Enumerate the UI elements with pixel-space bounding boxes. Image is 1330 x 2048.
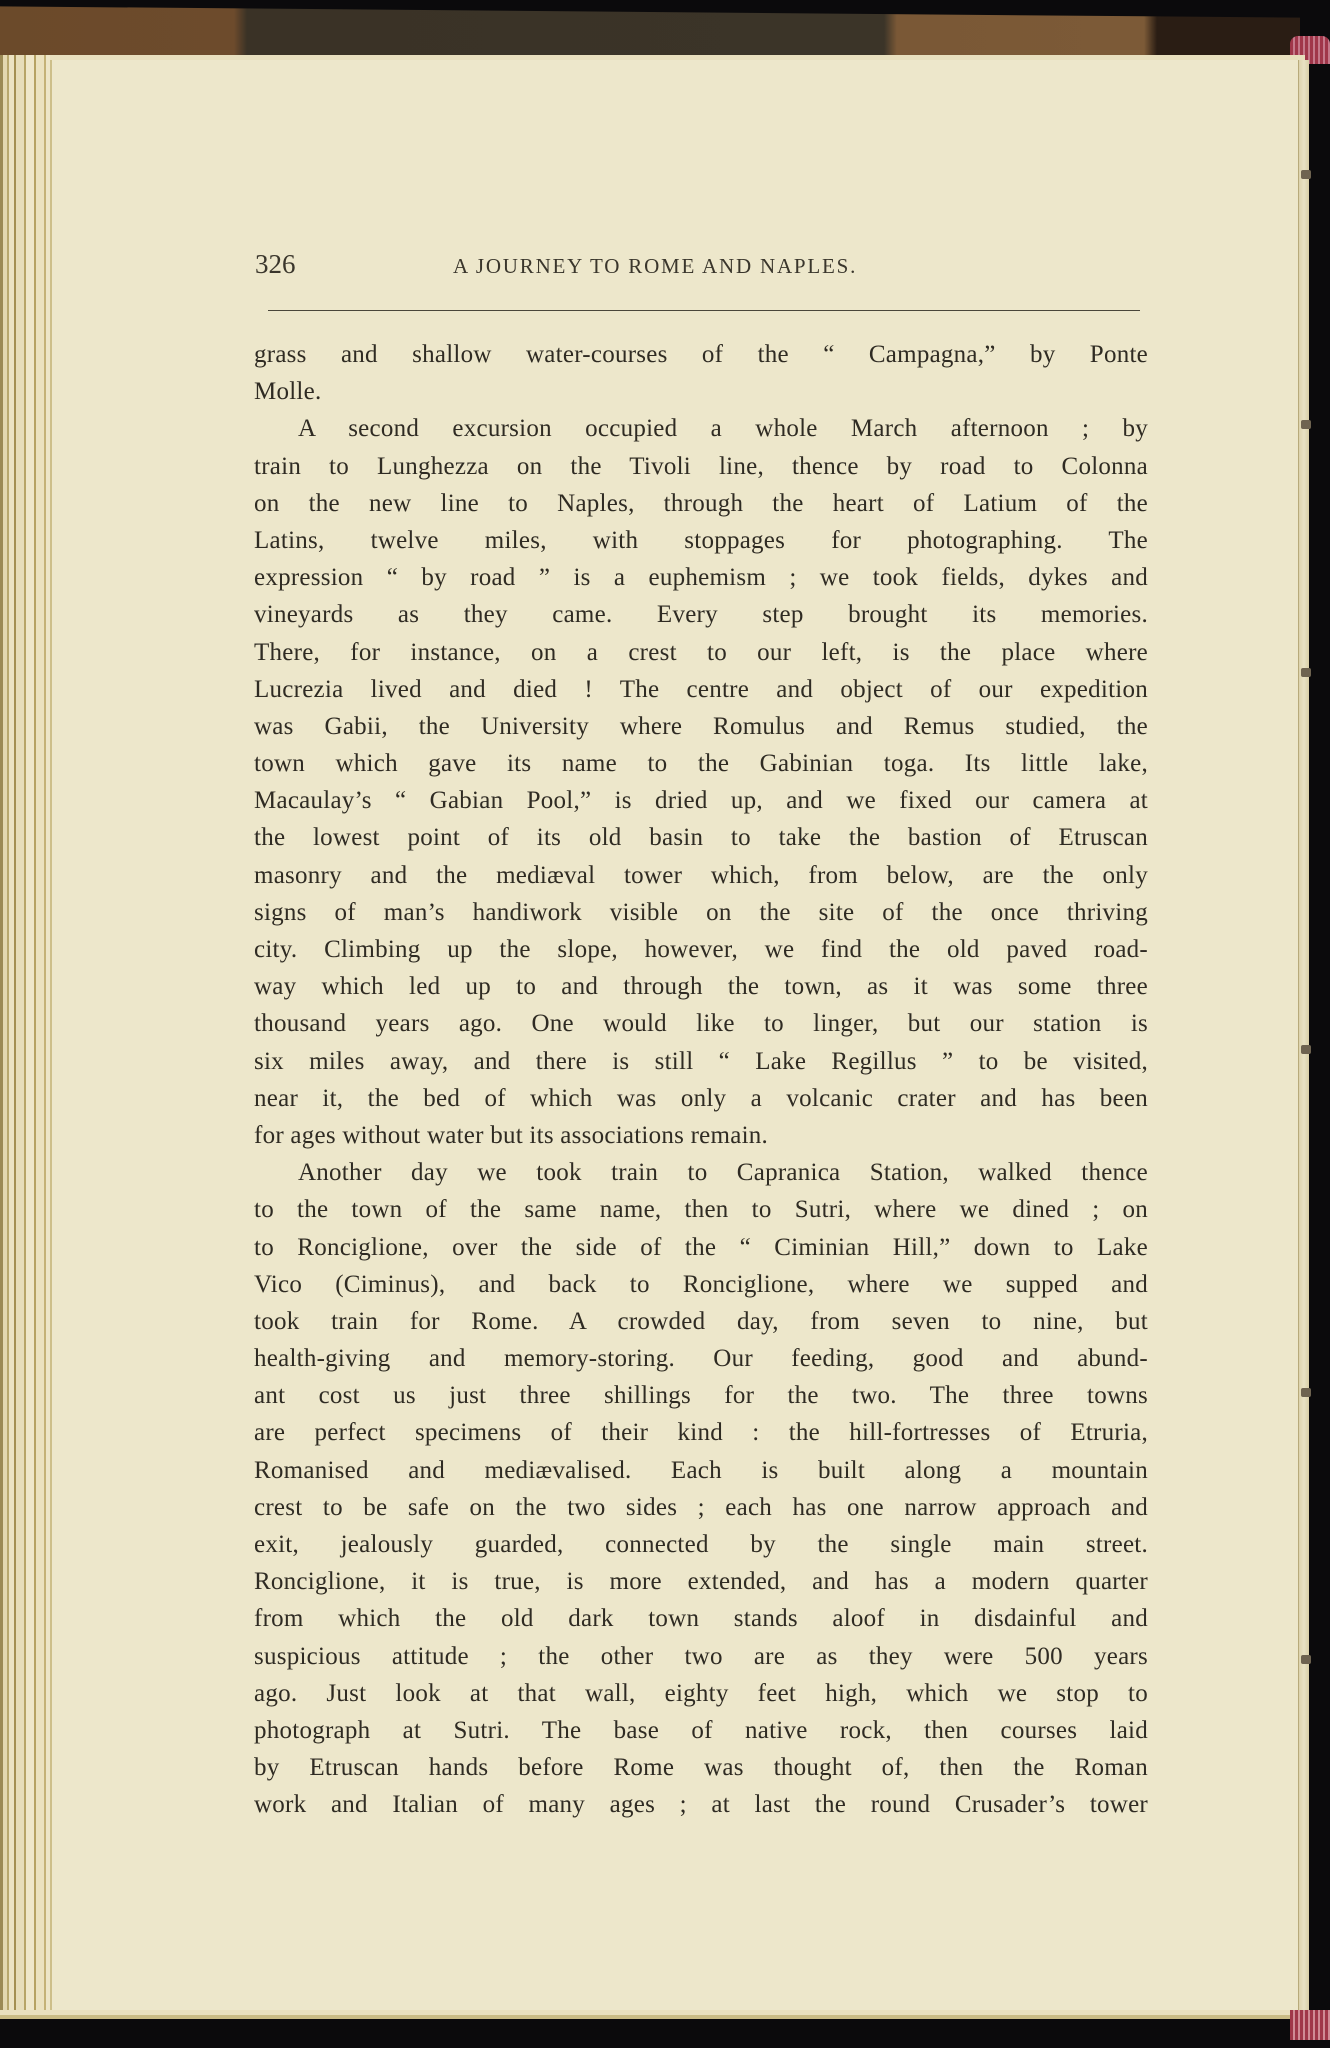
running-head-title: A JOURNEY TO ROME AND NAPLES. [453, 254, 857, 279]
text-line: way which led up to and through the town… [254, 968, 1148, 1005]
text-line: ago. Just look at that wall, eighty feet… [254, 1675, 1148, 1712]
text-line: Ronciglione, it is true, is more extende… [254, 1563, 1148, 1600]
text-line: the lowest point of its old basin to tak… [254, 819, 1148, 856]
text-line: town which gave its name to the Gabinian… [254, 745, 1148, 782]
text-line: six miles away, and there is still “ Lak… [254, 1043, 1148, 1080]
binding-thread-icon [1301, 1388, 1311, 1397]
text-line: Latins, twelve miles, with stoppages for… [254, 522, 1148, 559]
page-number: 326 [255, 249, 296, 280]
binding-thread-icon [1301, 1045, 1311, 1054]
text-line: Macaulay’s “ Gabian Pool,” is dried up, … [254, 782, 1148, 819]
text-line: photograph at Sutri. The base of native … [254, 1712, 1148, 1749]
binding-thread-icon [1301, 1655, 1311, 1664]
text-line: took train for Rome. A crowded day, from… [254, 1303, 1148, 1340]
text-line: grass and shallow water-courses of the “… [254, 336, 1148, 373]
text-line: Vico (Ciminus), and back to Ronciglione,… [254, 1266, 1148, 1303]
page-stack-edges [0, 55, 50, 2010]
text-line: on the new line to Naples, through the h… [254, 485, 1148, 522]
binding-thread-icon [1301, 668, 1311, 677]
text-line: city. Climbing up the slope, however, we… [254, 931, 1148, 968]
running-head: 326 A JOURNEY TO ROME AND NAPLES. [255, 249, 1135, 279]
text-line: vineyards as they came. Every step broug… [254, 596, 1148, 633]
text-line: health-giving and memory-storing. Our fe… [254, 1340, 1148, 1377]
binding-thread-icon [1301, 170, 1311, 179]
text-line: expression “ by road ” is a euphemism ; … [254, 559, 1148, 596]
text-line: from which the old dark town stands aloo… [254, 1600, 1148, 1637]
text-line: masonry and the mediæval tower which, fr… [254, 857, 1148, 894]
text-line: crest to be safe on the two sides ; each… [254, 1489, 1148, 1526]
text-line: was Gabii, the University where Romulus … [254, 708, 1148, 745]
text-line: Molle. [254, 373, 1148, 410]
text-line: There, for instance, on a crest to our l… [254, 634, 1148, 671]
paragraph-first-line: Another day we took train to Capranica S… [254, 1154, 1148, 1191]
page-fore-edge [1298, 60, 1309, 2010]
text-line: for ages without water but its associati… [254, 1117, 1148, 1154]
text-line: train to Lunghezza on the Tivoli line, t… [254, 448, 1148, 485]
text-line: are perfect specimens of their kind : th… [254, 1414, 1148, 1451]
binding-thread-icon [1301, 420, 1311, 429]
paragraph-first-line: A second excursion occupied a whole Marc… [254, 410, 1148, 447]
book-tailband [1290, 2010, 1330, 2040]
text-line: by Etruscan hands before Rome was though… [254, 1749, 1148, 1786]
text-line: Romanised and mediævalised. Each is buil… [254, 1452, 1148, 1489]
text-line: near it, the bed of which was only a vol… [254, 1080, 1148, 1117]
text-line: signs of man’s handiwork visible on the … [254, 894, 1148, 931]
body-text: grass and shallow water-courses of the “… [254, 336, 1148, 1824]
text-line: thousand years ago. One would like to li… [254, 1005, 1148, 1042]
text-line: work and Italian of many ages ; at last … [254, 1786, 1148, 1823]
text-line: ant cost us just three shillings for the… [254, 1377, 1148, 1414]
text-line: exit, jealously guarded, connected by th… [254, 1526, 1148, 1563]
text-line: to the town of the same name, then to Su… [254, 1191, 1148, 1228]
text-line: Lucrezia lived and died ! The centre and… [254, 671, 1148, 708]
text-line: suspicious attitude ; the other two are … [254, 1638, 1148, 1675]
text-line: to Ronciglione, over the side of the “ C… [254, 1229, 1148, 1266]
header-rule [268, 310, 1140, 311]
